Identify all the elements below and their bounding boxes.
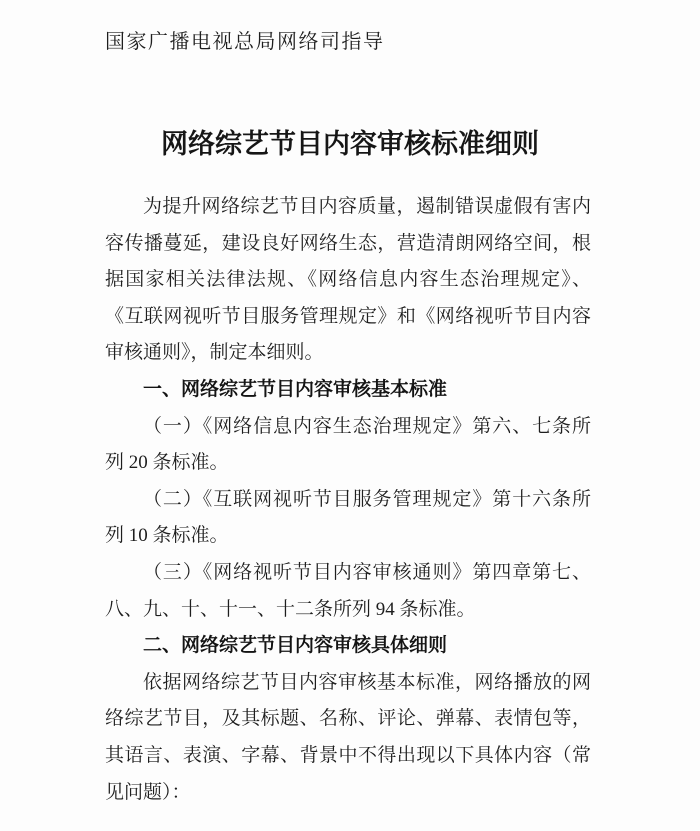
body-text-line: 《互联网视听节目服务管理规定》和《网络视听节目内容 (105, 299, 591, 336)
body-text-line: 列 20 条标准。 (105, 445, 591, 482)
body-text-line: 审核通则》，制定本细则。 (105, 335, 591, 372)
body-text-line: 据国家相关法律法规、《网络信息内容生态治理规定》、 (105, 262, 591, 299)
header-note: 国家广播电视总局网络司指导 (105, 25, 385, 54)
section-heading: 一、网络综艺节目内容审核基本标准 (105, 372, 591, 409)
body-text-line: 八、九、十、十一、十二条所列 94 条标准。 (105, 592, 591, 629)
body-text-line: （二）《互联网视听节目服务管理规定》第十六条所 (105, 482, 591, 519)
body-text-line: 其语言、表演、字幕、背景中不得出现以下具体内容（常 (105, 738, 591, 775)
body-text-line: 络综艺节目，及其标题、名称、评论、弹幕、表情包等， (105, 701, 591, 738)
section-heading: 二、网络综艺节目内容审核具体细则 (105, 628, 591, 665)
document-body: 为提升网络综艺节目内容质量，遏制错误虚假有害内容传播蔓延，建设良好网络生态，营造… (105, 189, 591, 811)
body-text-line: （一）《网络信息内容生态治理规定》第六、七条所 (105, 409, 591, 446)
document-page: 国家广播电视总局网络司指导 网络综艺节目内容审核标准细则 为提升网络综艺节目内容… (0, 0, 700, 831)
body-text-line: 见问题）： (105, 775, 591, 812)
document-title: 网络综艺节目内容审核标准细则 (0, 124, 700, 164)
body-text-line: 为提升网络综艺节目内容质量，遏制错误虚假有害内 (105, 189, 591, 226)
body-text-line: 依据网络综艺节目内容审核基本标准，网络播放的网 (105, 665, 591, 702)
body-text-line: 列 10 条标准。 (105, 518, 591, 555)
body-text-line: 容传播蔓延，建设良好网络生态，营造清朗网络空间，根 (105, 226, 591, 263)
body-text-line: （三）《网络视听节目内容审核通则》第四章第七、 (105, 555, 591, 592)
